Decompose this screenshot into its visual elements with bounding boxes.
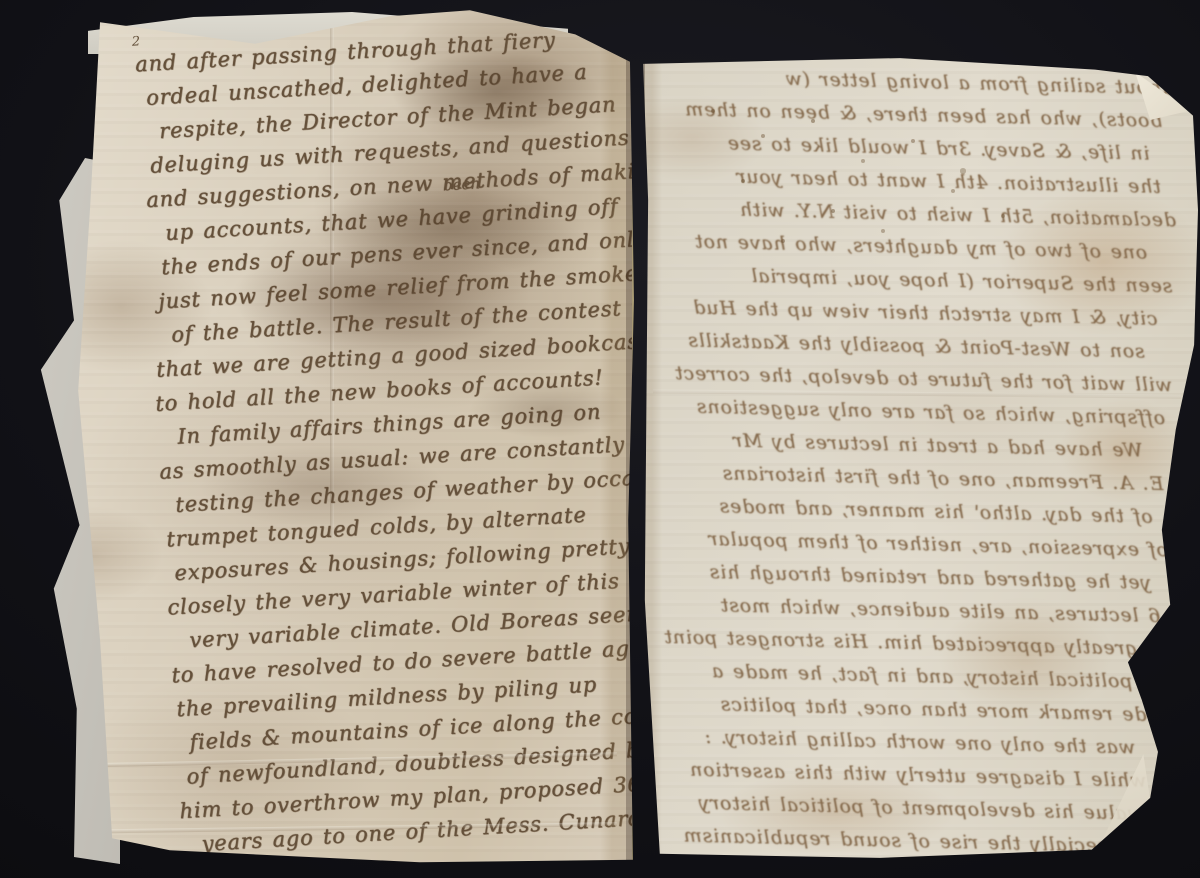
- letter-left-page: 2 and after passing through that fieryor…: [58, 6, 634, 864]
- page-number-superscript: 2: [131, 34, 140, 49]
- inserted-word: been: [442, 174, 480, 194]
- letter-right-page: about sailing from a loving letter (wboo…: [642, 40, 1198, 862]
- right-page-text-mirrored: about sailing from a loving letter (wboo…: [638, 60, 1191, 865]
- left-page-text: 2 and after passing through that fieryor…: [134, 18, 684, 862]
- mirror-wrapper: about sailing from a loving letter (wboo…: [638, 60, 1191, 865]
- right-page-lines: about sailing from a loving letter (wboo…: [638, 60, 1191, 865]
- scanned-letter-background: 2 and after passing through that fieryor…: [0, 0, 1200, 878]
- left-page-lines: and after passing through that fieryorde…: [134, 18, 684, 862]
